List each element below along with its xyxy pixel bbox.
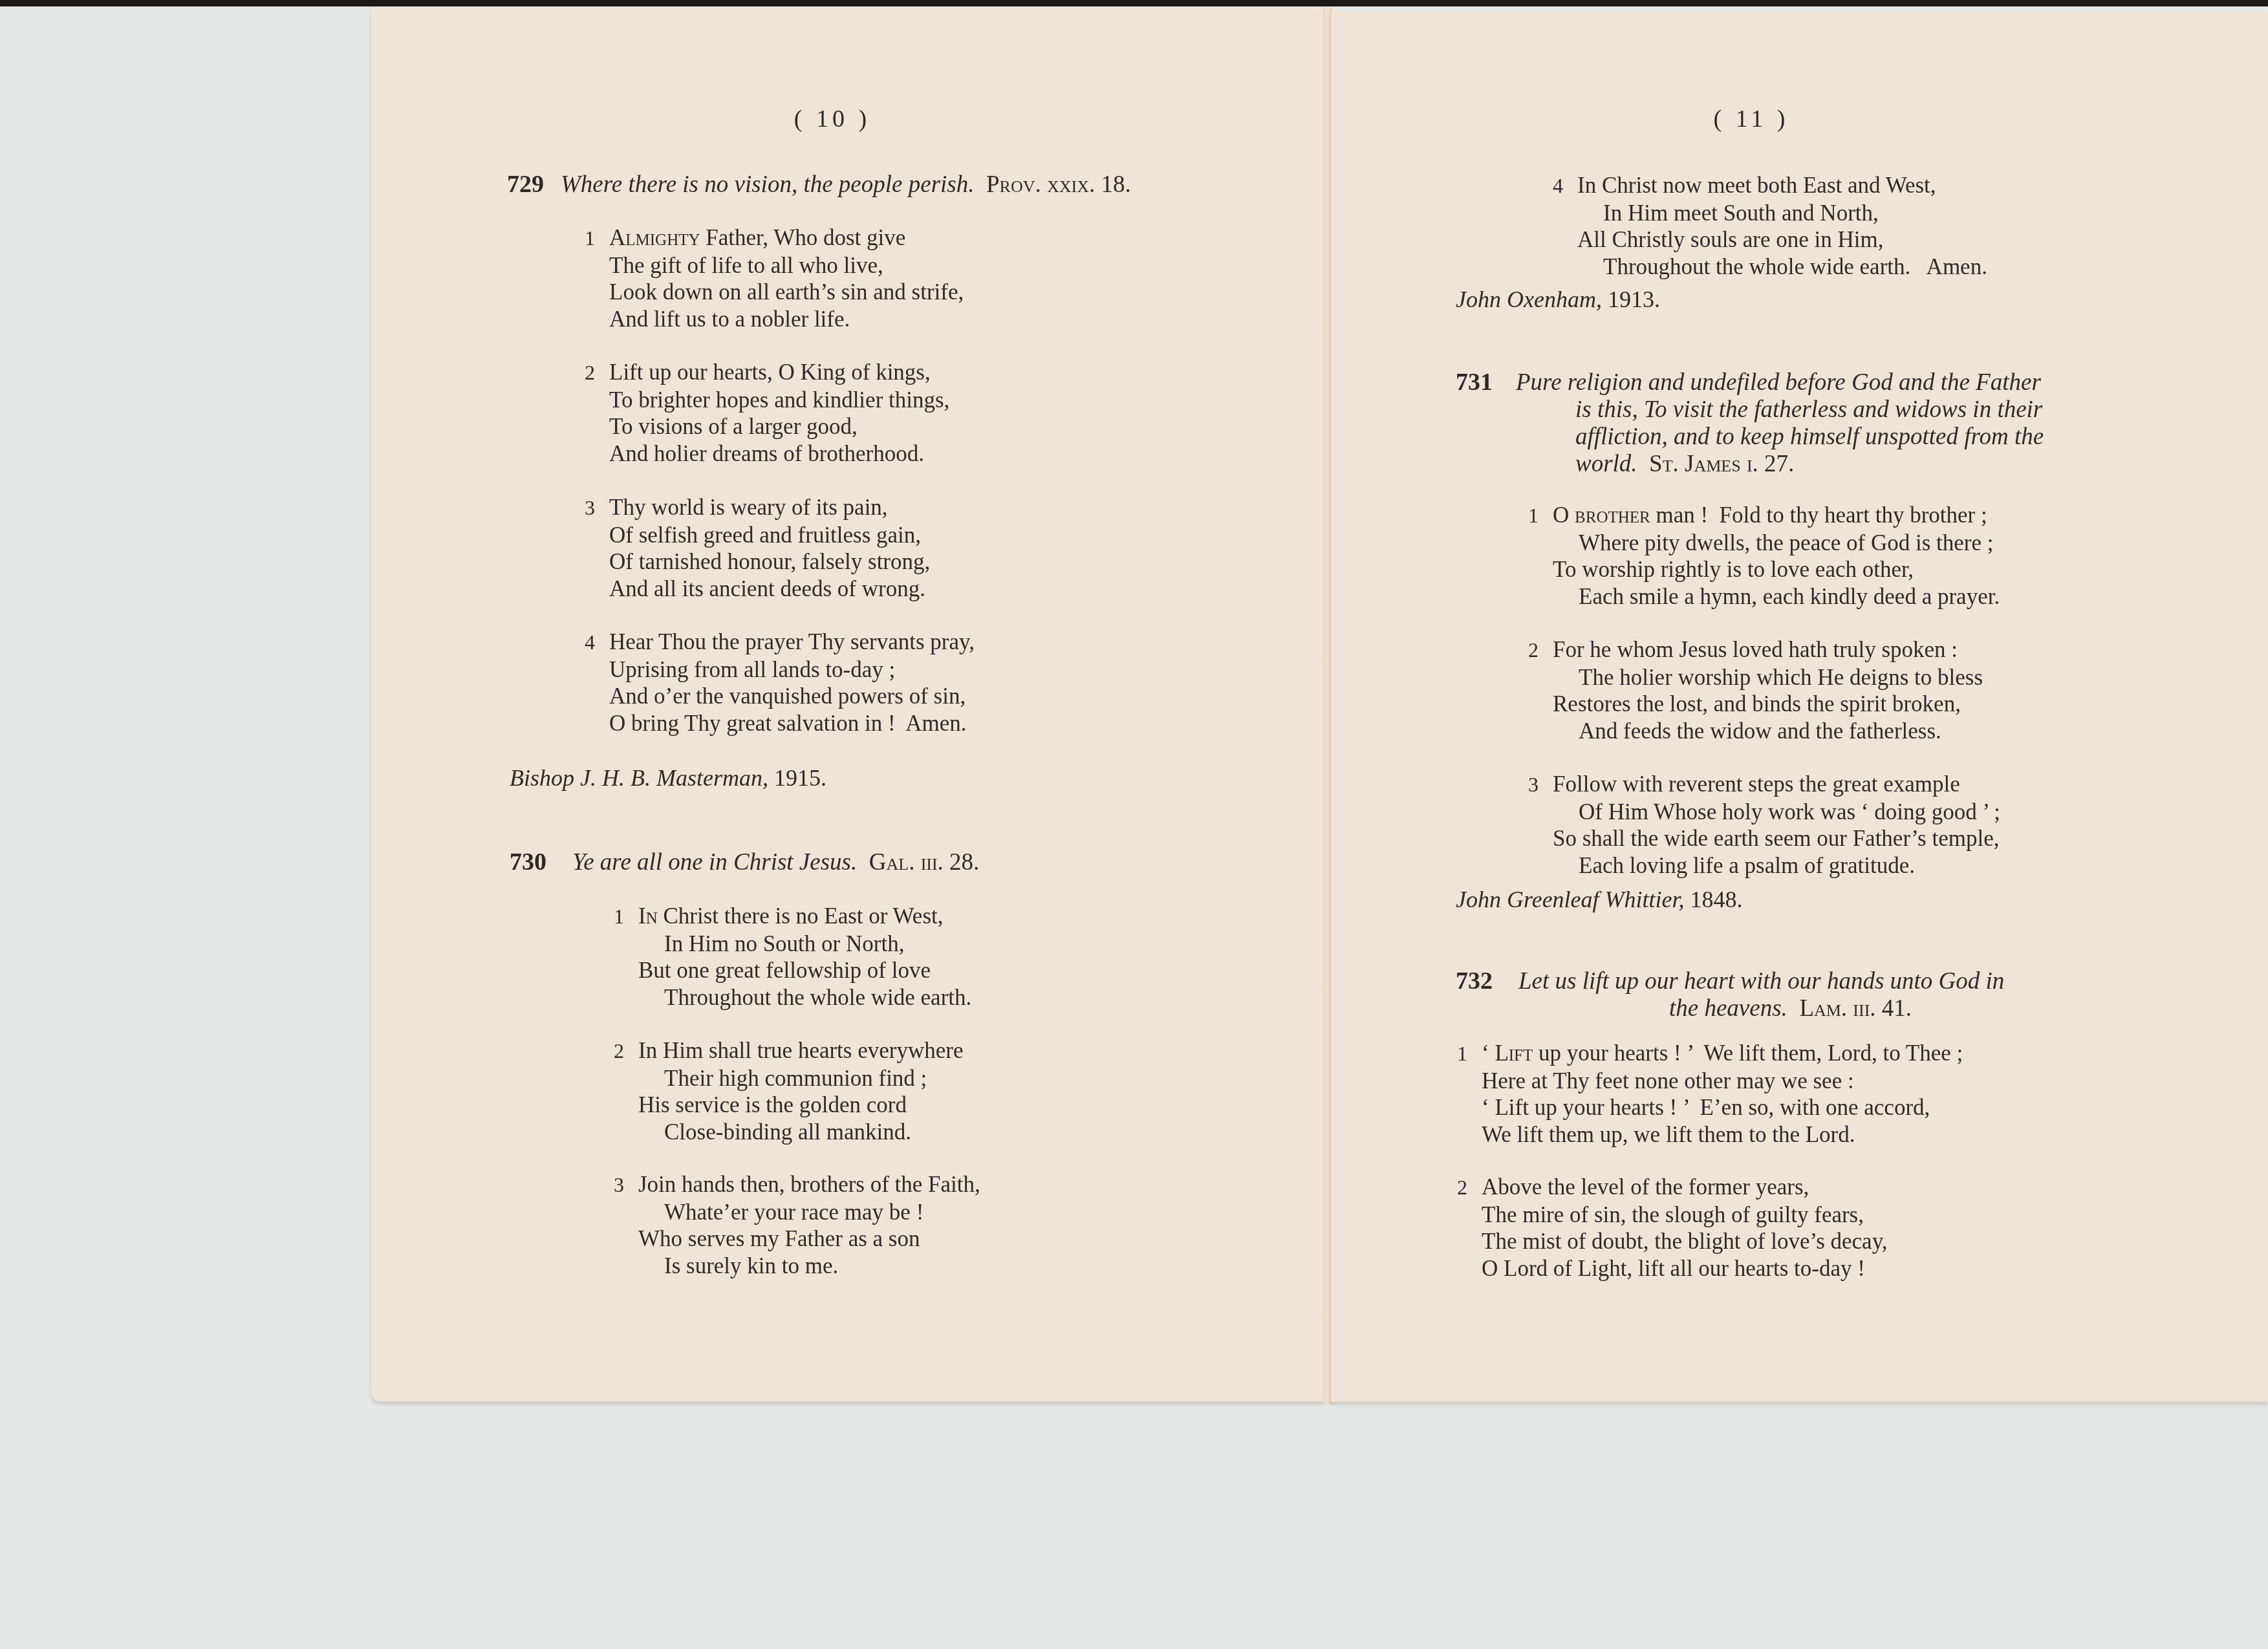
hymn-732-heading: 732Let us lift up our heart with our han… <box>1456 967 2167 1022</box>
right-page: ( 11 ) 4In Christ now meet both East and… <box>1331 12 2268 1402</box>
scripture-reference: St. James i. 27. <box>1649 451 1794 477</box>
page-number: ( 11 ) <box>1654 105 1848 133</box>
hymn-730-verse-1: 1In Christ there is no East or West,In H… <box>614 903 971 1011</box>
hymn-729-author: Bishop J. H. B. Masterman, 1915. <box>510 764 826 792</box>
hymn-730-author: John Oxenham, 1913. <box>1456 286 1660 313</box>
hymn-731-author: John Greenleaf Whittier, 1848. <box>1456 886 1743 913</box>
hymn-729-verse-1: 1Almighty Father, Who dost giveThe gift … <box>585 224 964 332</box>
hymn-730-heading: 730Ye are all one in Christ Jesus. Gal. … <box>510 848 979 876</box>
hymn-729-verse-4: 4Hear Thou the prayer Thy servants pray,… <box>585 629 975 737</box>
scripture-reference: Prov. xxix. 18. <box>986 171 1131 198</box>
hymn-730-verse-2: 2In Him shall true hearts everywhereThei… <box>614 1037 963 1145</box>
hymn-number: 732 <box>1456 967 1493 995</box>
hymn-732-verse-2: 2Above the level of the former years,The… <box>1457 1174 1888 1282</box>
open-booklet: ( 10 ) 729Where there is no vision, the … <box>371 8 2268 1401</box>
scripture-text: Where there is no vision, the people per… <box>561 171 974 198</box>
hymn-730-verse-4: 4In Christ now meet both East and West,I… <box>1553 172 1987 280</box>
left-page: ( 10 ) 729Where there is no vision, the … <box>371 8 1326 1401</box>
hymn-731-verse-3: 3Follow with reverent steps the great ex… <box>1528 771 2000 879</box>
hymn-729-verse-2: 2Lift up our hearts, O King of kings,To … <box>585 359 949 467</box>
hymn-number: 730 <box>510 848 546 876</box>
scripture-reference: Gal. iii. 28. <box>869 849 980 876</box>
hymn-732-verse-1: 1‘ Lift up your hearts ! ’ We lift them,… <box>1457 1040 1963 1148</box>
page-number: ( 10 ) <box>735 105 929 133</box>
hymn-731-verse-2: 2For he whom Jesus loved hath truly spok… <box>1528 636 1983 744</box>
scripture-text: Ye are all one in Christ Jesus. <box>572 849 857 876</box>
scripture-reference: Lam. iii. 41. <box>1799 995 1912 1022</box>
scanner-edge <box>0 0 2268 6</box>
hymn-number: 729 <box>507 171 544 198</box>
hymn-729-verse-3: 3Thy world is weary of its pain,Of selfi… <box>585 494 930 602</box>
hymn-number: 731 <box>1456 369 1493 396</box>
hymn-731-heading: 731Pure religion and undefiled before Go… <box>1456 369 2180 478</box>
hymn-730-verse-3: 3Join hands then, brothers of the Faith,… <box>614 1171 980 1279</box>
hymn-729-heading: 729Where there is no vision, the people … <box>507 171 1131 199</box>
hymn-731-verse-1: 1O brother man ! Fold to thy heart thy b… <box>1528 502 2000 610</box>
